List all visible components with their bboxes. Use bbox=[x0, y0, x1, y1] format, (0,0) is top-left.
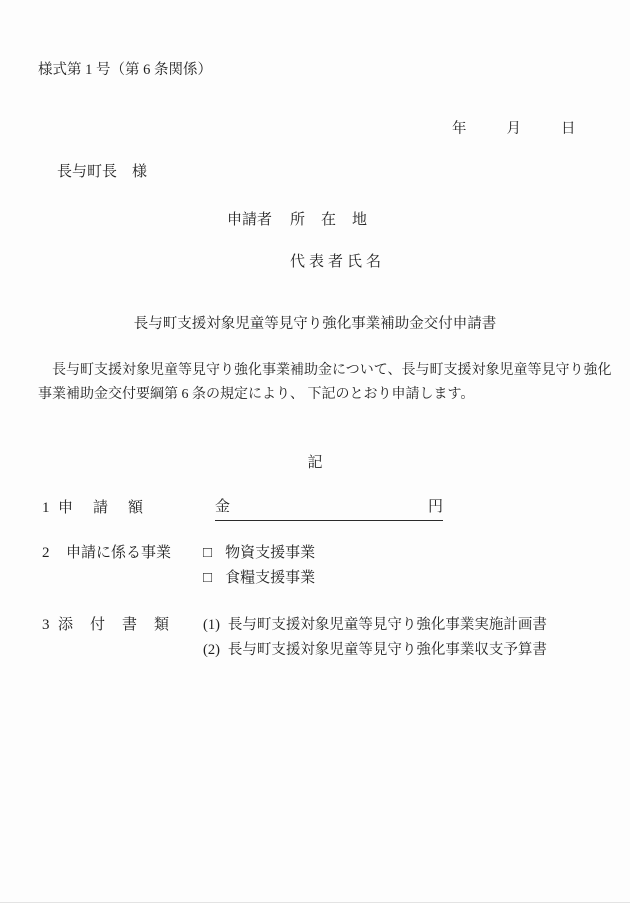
form-number-label: 様式第 1 号（第 6 条関係） bbox=[38, 61, 212, 79]
body-paragraph-line1: 長与町支援対象児童等見守り強化事業補助金について、長与町支援対象児童等見守り強化 bbox=[38, 362, 611, 380]
item1-label: 申 請 額 bbox=[58, 499, 146, 518]
item1-number: 1 bbox=[42, 499, 50, 518]
amount-blank-field[interactable]: 金 円 bbox=[215, 498, 443, 521]
attachment1-index: (1) bbox=[203, 616, 220, 634]
item2-label: 申請に係る事業 bbox=[66, 544, 171, 563]
date-line: 年 月 日 bbox=[452, 120, 576, 138]
option-row-goods-support: □ 物資支援事業 bbox=[203, 544, 315, 563]
attachment-row-2: (2) 長与町支援対象児童等見守り強化事業収支予算書 bbox=[203, 641, 547, 659]
goods-support-label: 物資支援事業 bbox=[225, 544, 315, 563]
attachment2-index: (2) bbox=[203, 641, 220, 659]
amount-suffix-label: 円 bbox=[428, 498, 443, 520]
representative-name-label: 代表者氏名 bbox=[290, 253, 385, 272]
food-support-label: 食糧支援事業 bbox=[225, 569, 315, 588]
document-title: 長与町支援対象児童等見守り強化事業補助金交付申請書 bbox=[0, 315, 630, 333]
item2-number: 2 bbox=[42, 544, 50, 563]
option-row-food-support: □ 食糧支援事業 bbox=[203, 569, 315, 588]
item3-number: 3 bbox=[42, 616, 50, 635]
year-label: 年 bbox=[452, 120, 467, 138]
applicant-address-label: 所 在 地 bbox=[290, 211, 368, 230]
body-paragraph-line2: 事業補助金交付要綱第 6 条の規定により、 下記のとおり申請します。 bbox=[38, 386, 474, 404]
document-page: 様式第 1 号（第 6 条関係） 年 月 日 長与町長 様 申請者 所 在 地 … bbox=[0, 0, 630, 903]
record-heading: 記 bbox=[0, 454, 630, 473]
attachment-row-1: (1) 長与町支援対象児童等見守り強化事業実施計画書 bbox=[203, 616, 547, 634]
attachment1-label: 長与町支援対象児童等見守り強化事業実施計画書 bbox=[228, 616, 547, 634]
food-support-checkbox-icon[interactable]: □ bbox=[203, 569, 212, 588]
month-label: 月 bbox=[507, 120, 522, 138]
addressee-label: 長与町長 様 bbox=[57, 163, 147, 182]
amount-prefix-label: 金 bbox=[215, 498, 230, 520]
day-label: 日 bbox=[561, 120, 576, 138]
item3-label: 添 付 書 類 bbox=[58, 616, 170, 635]
attachment2-label: 長与町支援対象児童等見守り強化事業収支予算書 bbox=[228, 641, 547, 659]
applicant-label: 申請者 bbox=[227, 211, 272, 230]
goods-support-checkbox-icon[interactable]: □ bbox=[203, 544, 212, 563]
